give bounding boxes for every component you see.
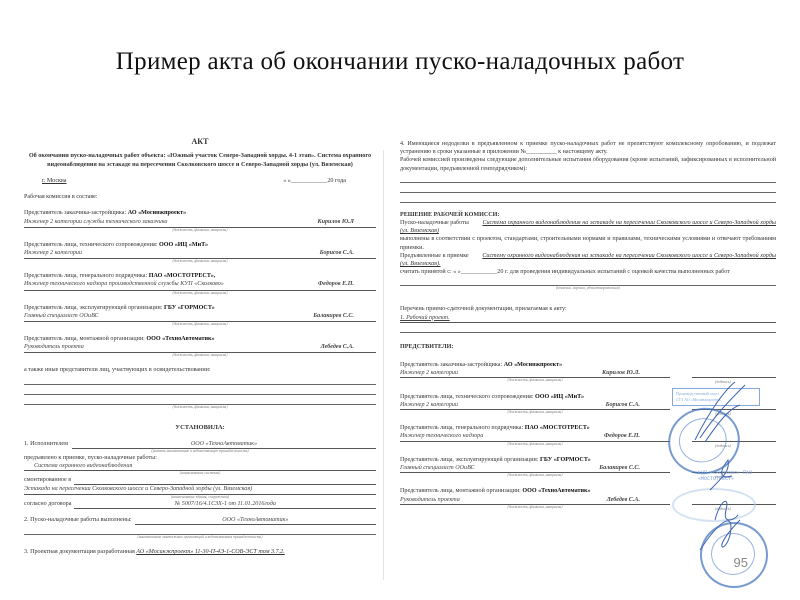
signatures-icon (690, 380, 760, 590)
commission-list: Представитель заказчика-застройщика: АО … (24, 209, 376, 358)
item-1-label: 1. Исполнителем (24, 440, 68, 449)
presented-row: Предъявленные к приемке Систему охранног… (400, 252, 776, 268)
member-signature-line: Главный специалист ООиВСБалакирев С.С. (24, 312, 376, 322)
presented-label: Предъявленные к приемке (400, 253, 469, 259)
item-1-value: ООО «ТехноАвтоматик» (72, 440, 376, 449)
member-role: Представитель лица, генерального подрядч… (24, 272, 376, 280)
member-signature-line: Инженер 2 категорииБорисов С.А. (24, 249, 376, 259)
mounted-row: смонтированное в (24, 476, 376, 485)
member-role: Представитель лица, технического сопрово… (24, 241, 376, 249)
item-1: 1. Исполнителем ООО «ТехноАвтоматик» (24, 440, 376, 449)
blank-line (400, 173, 776, 183)
act-city: г. Москва (24, 177, 67, 185)
member-role: Представитель лица, эксплуатирующей орга… (24, 304, 376, 312)
item-2-hint: (наименование монтажных организаций и ве… (24, 535, 376, 540)
item-3-value: АО «Мосинжпроект» 11-30-П-4Э-1-СОВ-ЭСТ т… (136, 549, 284, 555)
rep-role: Представитель заказчика-застройщика: АО … (400, 361, 776, 369)
blank-line (24, 385, 376, 395)
mounted-blank (74, 476, 376, 485)
page-divider (383, 150, 384, 580)
rep-signature-line: Инженер 2 категорииКирилов Ю.Л. (400, 369, 670, 378)
signature-hint: (должность, фамилия, инициалы) (24, 405, 376, 410)
slide-number: 95 (734, 555, 748, 570)
commission-member: Представитель лица, монтажной организаци… (24, 335, 376, 358)
act-page-1: АКТ Об окончании пуско-наладочных работ … (24, 138, 376, 588)
act-date: « »____________20 года (283, 177, 376, 185)
item-3: 3. Проектная документация разработанная … (24, 548, 376, 556)
accepted-text: считать принятой с: « »____________20 г.… (400, 268, 776, 276)
commission-member: Представитель лица, генерального подрядч… (24, 272, 376, 295)
contract-row: согласно договора № 5007/16/4.1СЗХ-1 от … (24, 500, 376, 509)
reps-heading: ПРЕДСТВИТЕЛИ: (400, 343, 776, 351)
pnr-row: Пуско-наладочные работы Система охранног… (400, 219, 776, 235)
established-heading: УСТАНОВИЛА: (24, 424, 376, 432)
member-signature-line: Инженер технического надзора производств… (24, 280, 376, 290)
decision-heading: РЕШЕНИЕ РАБОЧЕЙ КОМИССИ: (400, 211, 776, 219)
item-4: 4. Имеющиеся недоделки в предъявленном к… (400, 140, 776, 156)
location-value: Эстакада на пересечении Сколковского шос… (24, 485, 376, 494)
compliance-text: выполнены в соответствии с проектом, ста… (400, 235, 776, 251)
rep-signature-line: Инженер 2 категорииБорисов С.А. (400, 401, 670, 410)
member-role: Представитель лица, монтажной организаци… (24, 335, 376, 343)
member-role: Представитель заказчика-застройщика: АО … (24, 209, 376, 217)
blank-line (400, 193, 776, 203)
contract-label: согласно договора (24, 500, 71, 509)
rep-signature-line: Руководитель проектаЛебедев С.А. (400, 496, 670, 505)
item-2-value: ООО «ТехноАвтоматик» (135, 516, 376, 525)
item-3-label: 3. Проектная документация разработанная (24, 549, 135, 555)
member-signature-line: Инженер 2 категории службы технического … (24, 218, 376, 228)
item-2: 2. Пуско-наладочные работы выполнены: ОО… (24, 516, 376, 525)
system-value: Система охранного видеонаблюдения (24, 462, 376, 471)
accepted-hint: (отлично, хорошо, удовлетворительно) (400, 286, 776, 291)
blank-line (400, 323, 776, 333)
others-label: а также иные представители лиц, участвую… (24, 366, 376, 374)
rep-signature-line: Инженер технического надзораФедоров Е.П. (400, 432, 670, 441)
act-title: АКТ (24, 138, 376, 146)
member-signature-line: Руководитель проектаЛебедев С.А. (24, 343, 376, 353)
act-subject: Об окончании пуско-наладочных работ объе… (24, 152, 376, 169)
commission-member: Представитель заказчика-застройщика: АО … (24, 209, 376, 232)
commission-member: Представитель лица, технического сопрово… (24, 241, 376, 264)
blank-line (24, 395, 376, 405)
commission-member: Представитель лица, эксплуатирующей орга… (24, 304, 376, 327)
place-date-row: г. Москва « »____________20 года (24, 177, 376, 185)
blank-line (24, 375, 376, 385)
mounted-label: смонтированное в (24, 476, 71, 485)
presented-label: предъявлено к приемке, пуско-наладочные … (24, 454, 376, 462)
contract-value: № 5007/16/4.1СЗХ-1 от 11.01.2016года (74, 500, 376, 509)
pnr-label: Пуско-наладочные работы (400, 220, 469, 226)
docs-label: Перечень приемо-сдаточной документации, … (400, 305, 776, 313)
blank-line (24, 525, 376, 535)
commission-label: Рабочая комиссия в составе: (24, 193, 376, 201)
rep-signature-line: Главный специалист ООиВСБалакирев С.С. (400, 464, 670, 473)
blank-line (400, 183, 776, 193)
docs-item: 1. Рабочий проект. (400, 314, 776, 323)
additional-tests: Рабочей комиссией произведены следующие … (400, 156, 776, 172)
slide-title: Пример акта об окончании пуско-наладочны… (0, 48, 800, 76)
item-2-label: 2. Пуско-наладочные работы выполнены: (24, 516, 132, 525)
blank-line (400, 276, 776, 286)
